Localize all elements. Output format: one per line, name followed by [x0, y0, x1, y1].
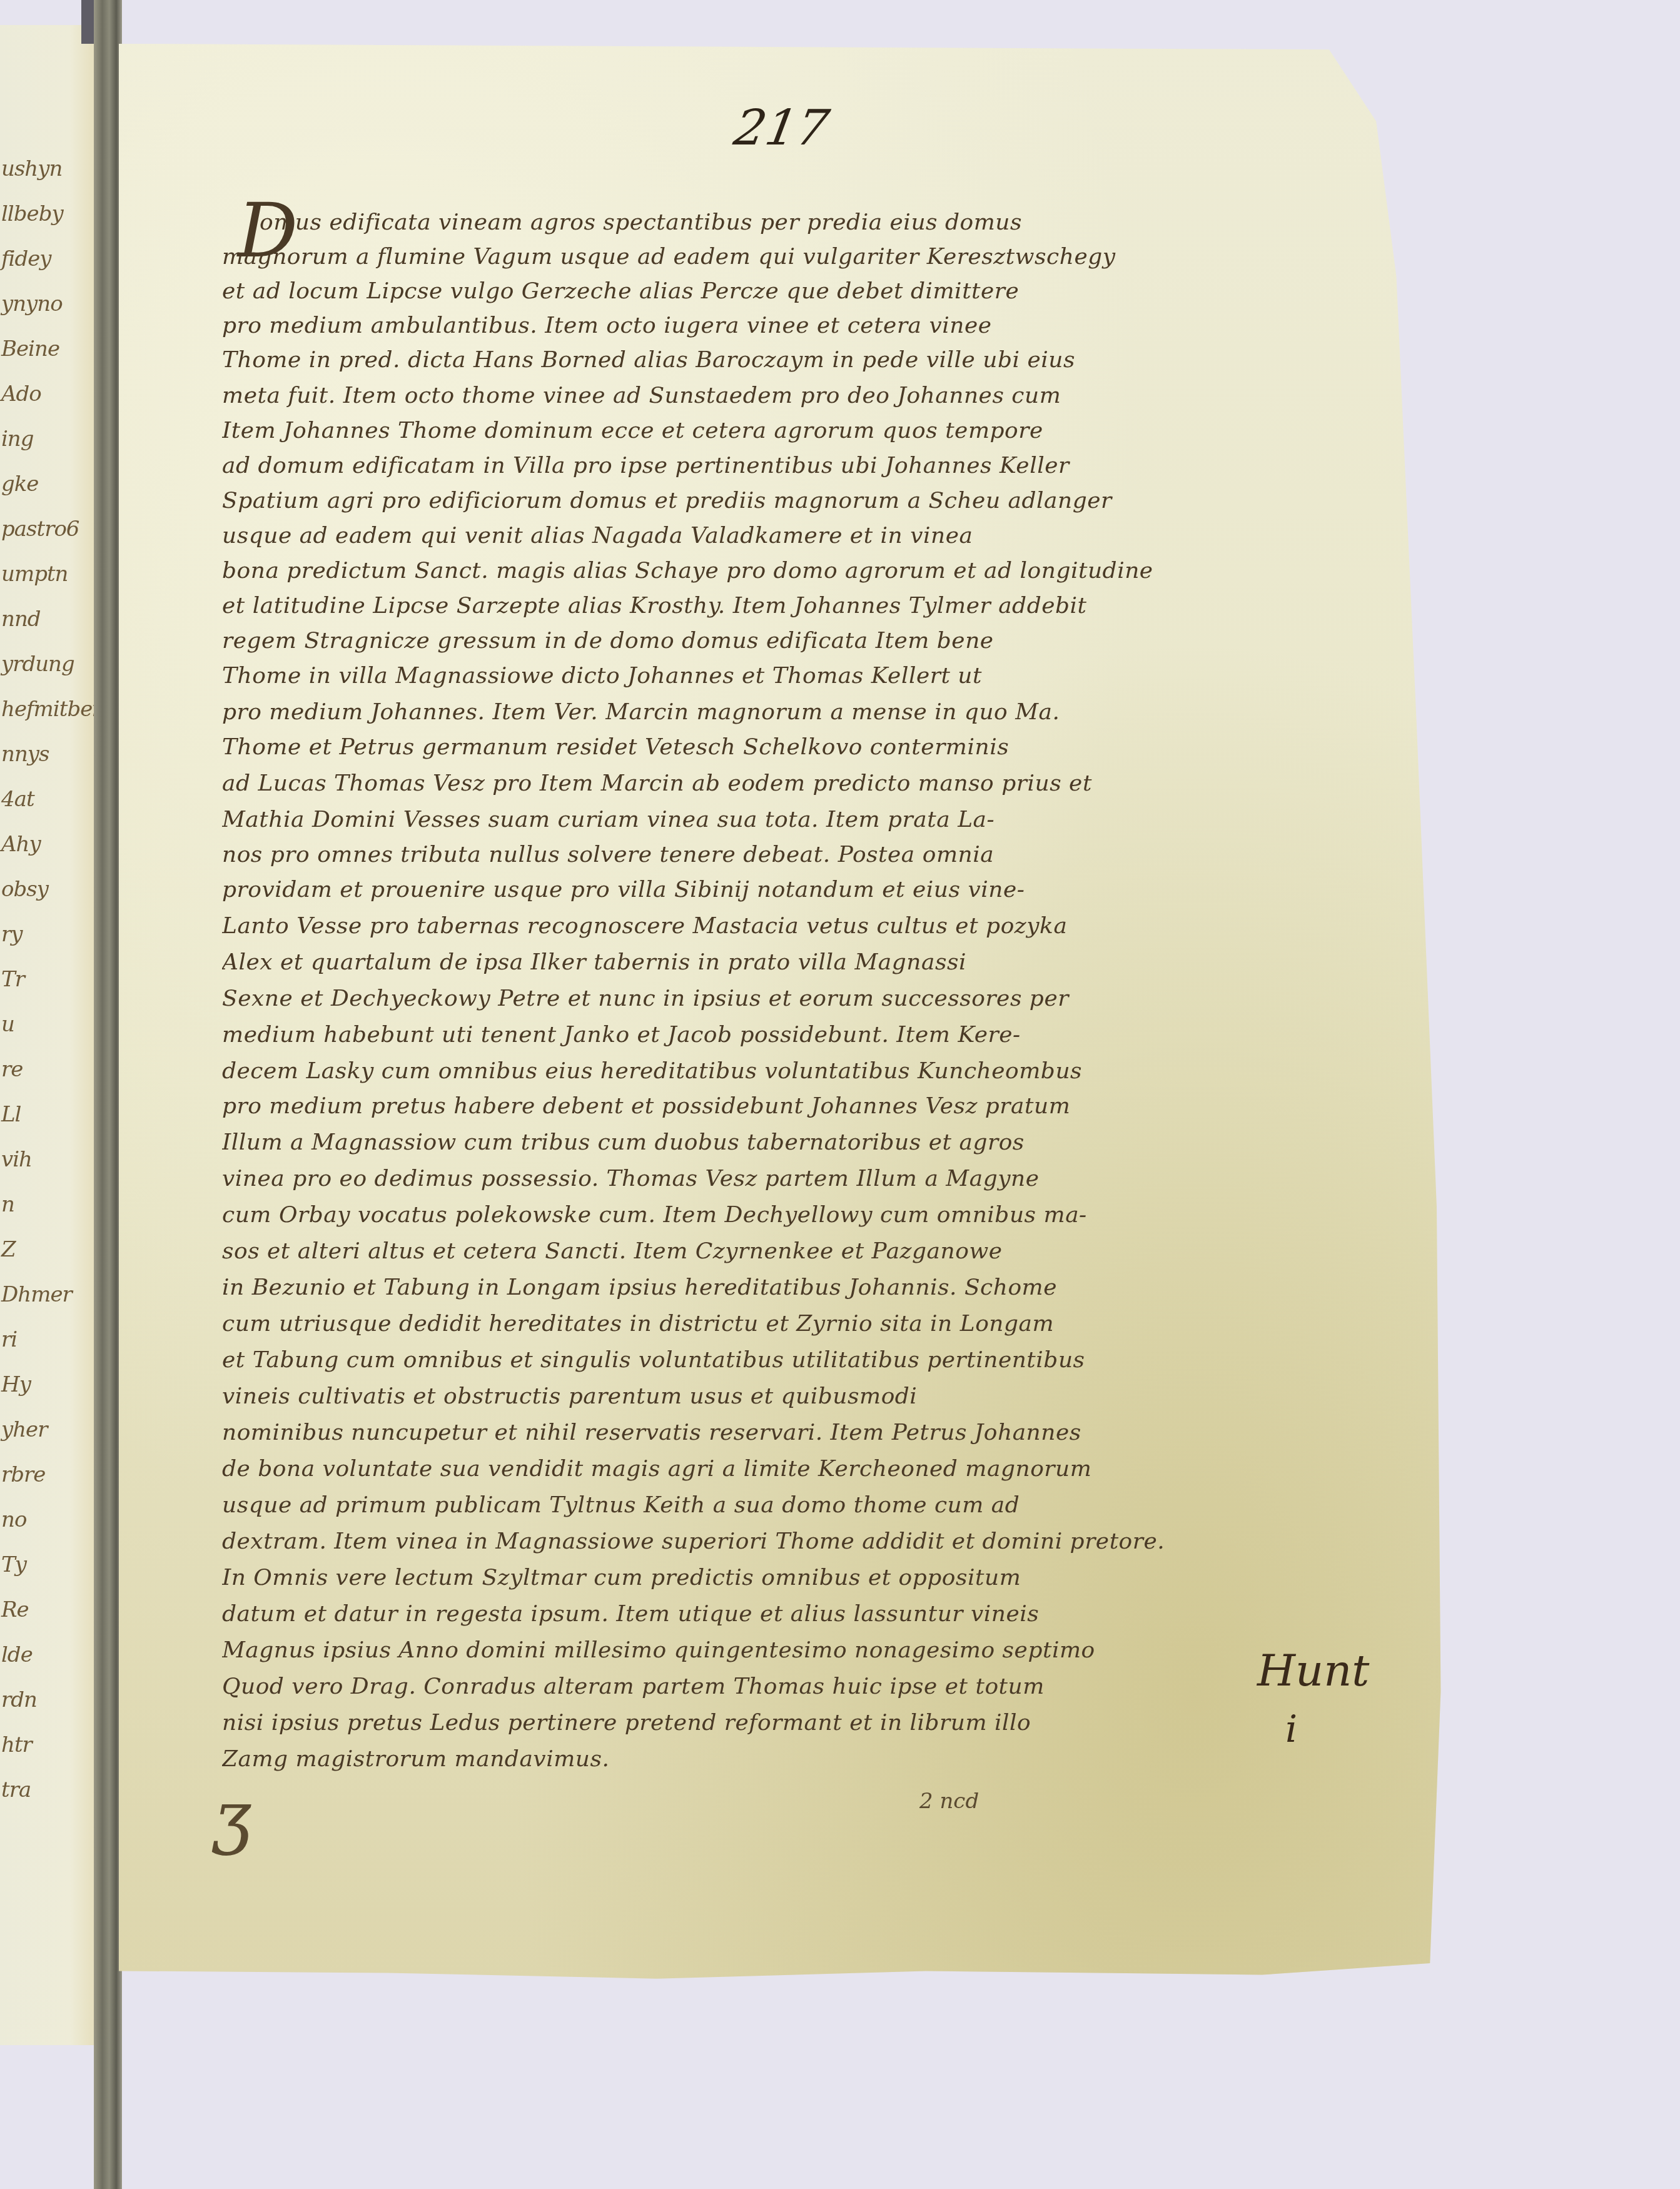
- verso-note: ushyn: [1, 156, 62, 181]
- verso-note: nnd: [1, 607, 41, 632]
- manuscript-line: bona predictum Sanct. magis alias Schaye…: [222, 558, 1248, 584]
- manuscript-line: ad domum edificatam in Villa pro ipse pe…: [222, 453, 1248, 478]
- verso-marginal-notes: ushynllbebyfideyynynoBeineAdoinggkepastr…: [0, 25, 100, 2045]
- manuscript-line: Quod vero Drag. Conradus alteram partem …: [222, 1674, 1248, 1699]
- verso-note: yrdung: [1, 652, 74, 677]
- manuscript-line: medium habebunt uti tenent Janko et Jaco…: [222, 1022, 1248, 1048]
- manuscript-line: Sexne et Dechyeckowy Petre et nunc in ip…: [222, 986, 1248, 1011]
- verso-note: Ado: [1, 382, 41, 407]
- verso-note: 4at: [1, 787, 34, 812]
- manuscript-line: decem Lasky cum omnibus eius hereditatib…: [222, 1058, 1248, 1084]
- manuscript-line: datum et datur in regesta ipsum. Item ut…: [222, 1601, 1248, 1627]
- verso-note: umptn: [1, 562, 68, 587]
- manuscript-line: providam et prouenire usque pro villa Si…: [222, 877, 1248, 902]
- manuscript-line: usque ad primum publicam Tyltnus Keith a…: [222, 1492, 1248, 1518]
- manuscript-line: In Omnis vere lectum Szyltmar cum predic…: [222, 1565, 1248, 1590]
- verso-note: ry: [1, 922, 22, 947]
- verso-note: ri: [1, 1327, 17, 1352]
- verso-note: obsy: [1, 877, 48, 902]
- manuscript-line: meta fuit. Item octo thome vinee ad Suns…: [222, 383, 1248, 408]
- verso-note: yher: [1, 1417, 47, 1442]
- verso-note: Dhmer: [1, 1282, 72, 1307]
- verso-note: Z: [1, 1237, 16, 1262]
- verso-note: ing: [1, 427, 34, 452]
- folio-number: 217: [730, 100, 833, 156]
- verso-note: rbre: [1, 1462, 45, 1487]
- manuscript-line: nominibus nuncupetur et nihil reservatis…: [222, 1420, 1248, 1445]
- verso-note: ynyno: [1, 291, 63, 316]
- manuscript-line: regem Stragnicze gressum in de domo domu…: [222, 628, 1248, 654]
- manuscript-line: in Bezunio et Tabung in Longam ipsius he…: [222, 1275, 1248, 1300]
- verso-note: Ahy: [1, 832, 41, 857]
- manuscript-line: de bona voluntate sua vendidit magis agr…: [222, 1456, 1248, 1482]
- verso-note: pastro6: [1, 517, 79, 542]
- marginal-note: Hunt: [1257, 1645, 1369, 1696]
- verso-note: htr: [1, 1732, 32, 1757]
- manuscript-line: pro medium pretus habere debent et possi…: [222, 1093, 1248, 1119]
- manuscript-line: Zamg magistrorum mandavimus.: [222, 1746, 1248, 1772]
- manuscript-line: sos et alteri altus et cetera Sancti. It…: [222, 1238, 1248, 1264]
- manuscript-line: vinea pro eo dedimus possessio. Thomas V…: [222, 1166, 1248, 1191]
- verso-note: Re: [1, 1597, 29, 1622]
- verso-note: gke: [1, 472, 39, 497]
- manuscript-line: ad Lucas Thomas Vesz pro Item Marcin ab …: [222, 771, 1248, 796]
- marginal-note-sub: i: [1285, 1707, 1297, 1751]
- verso-note: llbeby: [1, 201, 63, 226]
- manuscript-line: magnorum a flumine Vagum usque ad eadem …: [222, 244, 1248, 270]
- verso-note: Beine: [1, 336, 59, 361]
- manuscript-line: et Tabung cum omnibus et singulis volunt…: [222, 1347, 1248, 1373]
- verso-note: hefmitbeit: [1, 697, 106, 722]
- manuscript-line: cum Orbay vocatus polekowske cum. Item D…: [222, 1202, 1248, 1228]
- manuscript-line: Thome et Petrus germanum residet Vetesch…: [222, 734, 1248, 760]
- manuscript-line: cum utriusque dedidit hereditates in dis…: [222, 1311, 1248, 1337]
- manuscript-line: Magnus ipsius Anno domini millesimo quin…: [222, 1637, 1248, 1663]
- signature-flourish: ʒ: [213, 1776, 251, 1856]
- manuscript-line: Item Johannes Thome dominum ecce et cete…: [222, 418, 1248, 443]
- manuscript-line: nos pro omnes tributa nullus solvere ten…: [222, 842, 1248, 867]
- manuscript-line: pro medium ambulantibus. Item octo iuger…: [222, 313, 1248, 338]
- manuscript-line: Thome in villa Magnassiowe dicto Johanne…: [222, 663, 1248, 689]
- verso-page-edge: ushynllbebyfideyynynoBeineAdoinggkepastr…: [0, 25, 100, 2045]
- manuscript-line: Lanto Vesse pro tabernas recognoscere Ma…: [222, 913, 1248, 939]
- verso-note: nnys: [1, 742, 49, 767]
- verso-note: vih: [1, 1147, 32, 1172]
- manuscript-line: pro medium Johannes. Item Ver. Marcin ma…: [222, 699, 1248, 725]
- manuscript-line: Mathia Domini Vesses suam curiam vinea s…: [222, 807, 1248, 832]
- verso-note: Ll: [1, 1102, 21, 1127]
- manuscript-line: dextram. Item vinea in Magnassiowe super…: [222, 1529, 1248, 1554]
- manuscript-line: et ad locum Lipcse vulgo Gerzeche alias …: [222, 278, 1248, 304]
- verso-note: tra: [1, 1777, 31, 1802]
- manuscript-line: Alex et quartalum de ipsa Ilker tabernis…: [222, 949, 1248, 975]
- manuscript-line: nisi ipsius pretus Ledus pertinere prete…: [222, 1710, 1248, 1736]
- verso-note: no: [1, 1507, 26, 1532]
- manuscript-line: Illum a Magnassiow cum tribus cum duobus…: [222, 1130, 1248, 1155]
- manuscript-line: vineis cultivatis et obstructis parentum…: [222, 1383, 1248, 1409]
- verso-note: Ty: [1, 1552, 26, 1577]
- verso-note: Tr: [1, 967, 24, 992]
- verso-note: re: [1, 1057, 23, 1082]
- manuscript-line: usque ad eadem qui venit alias Nagada Va…: [222, 523, 1248, 549]
- manuscript-line: et latitudine Lipcse Sarzepte alias Kros…: [222, 593, 1248, 619]
- verso-note: lde: [1, 1642, 33, 1667]
- closing-mark: 2 ncd: [919, 1789, 979, 1814]
- verso-note: u: [1, 1012, 14, 1037]
- manuscript-line: Thome in pred. dicta Hans Borned alias B…: [222, 347, 1248, 373]
- verso-note: Hy: [1, 1372, 31, 1397]
- verso-note: rdn: [1, 1687, 37, 1712]
- verso-note: n: [1, 1192, 14, 1217]
- book-spine-gutter: [94, 0, 122, 2189]
- manuscript-line: Spatium agri pro edificiorum domus et pr…: [222, 488, 1248, 513]
- verso-note: fidey: [1, 246, 51, 271]
- manuscript-line: omus edificata vineam agros spectantibus…: [260, 210, 1285, 235]
